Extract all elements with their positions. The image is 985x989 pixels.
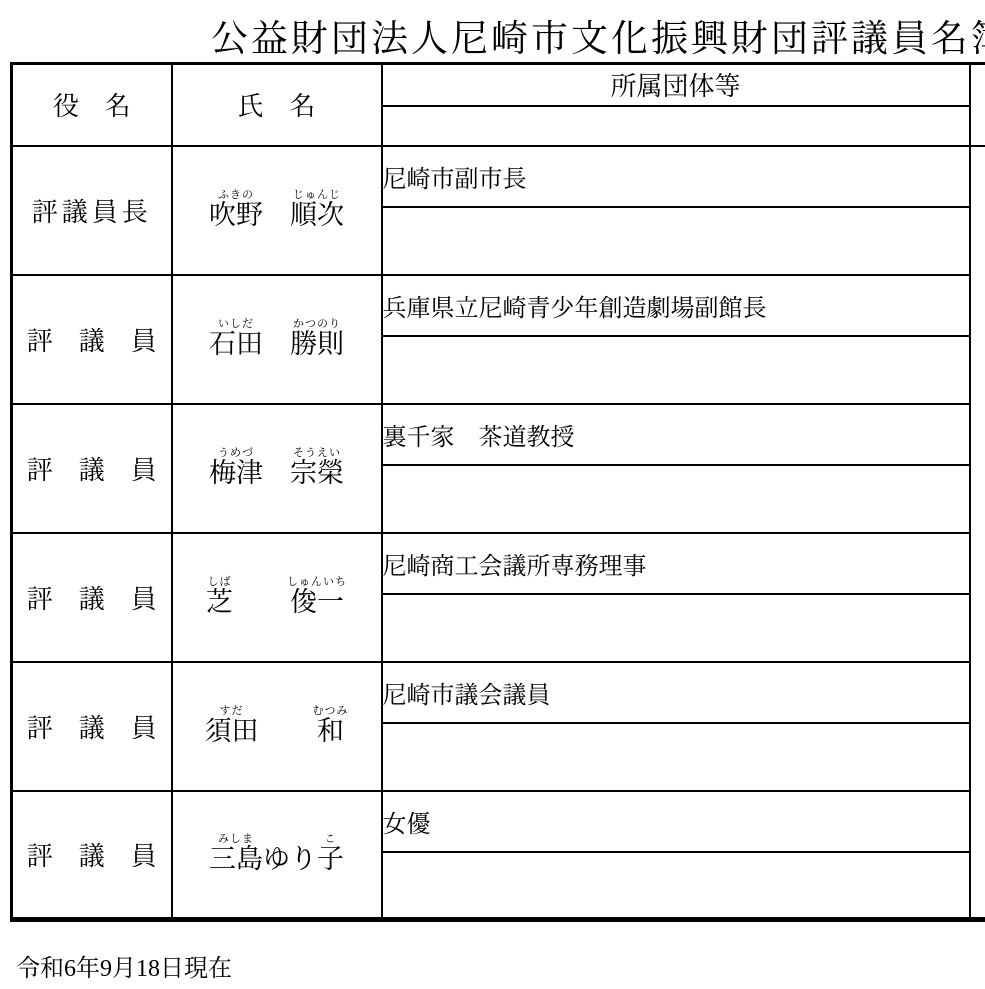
header-row: 役 名 氏 名 所属団体等 bbox=[12, 64, 985, 106]
member-affiliation: 女優 bbox=[382, 791, 970, 852]
name-part: 宗榮そうえい bbox=[290, 458, 344, 488]
member-affiliation: 裏千家 茶道教授 bbox=[382, 404, 970, 465]
name-part-text: 俊一 bbox=[287, 587, 347, 617]
name-part-text bbox=[263, 458, 290, 488]
member-affiliation-empty-cell bbox=[382, 207, 970, 275]
name-part-furigana: うめづ bbox=[209, 447, 263, 459]
name-part: 吹野ふきの bbox=[209, 200, 263, 230]
name-part-text: 宗榮 bbox=[290, 458, 344, 488]
member-row: 評 議 員芝しば 俊一しゅんいち尼崎商工会議所専務理事 bbox=[12, 533, 985, 594]
name-part-furigana: しゅんいち bbox=[287, 576, 347, 588]
name-part: 石田いしだ bbox=[209, 329, 263, 359]
name-part-furigana: いしだ bbox=[209, 318, 263, 330]
name-part-furigana: じゅんじ bbox=[290, 189, 344, 201]
name-part-text: 和 bbox=[313, 716, 349, 746]
name-part-text: 子 bbox=[317, 844, 344, 874]
name-part-text: 順次 bbox=[290, 200, 344, 230]
header-affiliation: 所属団体等 bbox=[382, 64, 970, 106]
header-margin-cell bbox=[970, 64, 985, 146]
name-part-text: 梅津 bbox=[209, 458, 263, 488]
name-part-furigana: すだ bbox=[205, 705, 259, 717]
name-part: 勝則かつのり bbox=[290, 329, 344, 359]
name-part-text: ゆり bbox=[263, 844, 317, 874]
name-part bbox=[233, 587, 287, 617]
name-part: 芝しば bbox=[206, 587, 233, 617]
roster-body: 評議員長吹野ふきの 順次じゅんじ尼崎市副市長評 議 員石田いしだ 勝則かつのり兵… bbox=[12, 146, 985, 920]
member-affiliation-empty-cell bbox=[382, 465, 970, 533]
member-role: 評 議 員 bbox=[12, 275, 172, 404]
member-affiliation-empty-cell bbox=[382, 852, 970, 920]
name-part: 梅津うめづ bbox=[209, 458, 263, 488]
member-name: 芝しば 俊一しゅんいち bbox=[172, 533, 382, 662]
member-row: 評 議 員石田いしだ 勝則かつのり兵庫県立尼崎青少年創造劇場副館長 bbox=[12, 275, 985, 336]
name-part bbox=[263, 200, 290, 230]
name-part-furigana: かつのり bbox=[290, 318, 344, 330]
member-affiliation: 尼崎市副市長 bbox=[382, 146, 970, 207]
member-affiliation-empty-cell bbox=[382, 336, 970, 404]
name-part bbox=[263, 458, 290, 488]
name-part: 順次じゅんじ bbox=[290, 200, 344, 230]
member-role: 評 議 員 bbox=[12, 533, 172, 662]
member-role: 評議員長 bbox=[12, 146, 172, 275]
as-of-date: 令和6年9月18日現在 bbox=[16, 948, 232, 983]
name-part: 俊一しゅんいち bbox=[287, 587, 347, 617]
member-row: 評 議 員梅津うめづ 宗榮そうえい裏千家 茶道教授 bbox=[12, 404, 985, 465]
header-role: 役 名 bbox=[12, 64, 172, 146]
name-part-text: 芝 bbox=[206, 587, 233, 617]
name-part: 須田すだ bbox=[205, 716, 259, 746]
member-affiliation-empty-cell bbox=[382, 723, 970, 791]
header-name: 氏 名 bbox=[172, 64, 382, 146]
document-page: 公益財団法人尼崎市文化振興財団評議員名簿 役 名 氏 名 所属団体等 評議員長吹… bbox=[0, 0, 985, 989]
member-name: 石田いしだ 勝則かつのり bbox=[172, 275, 382, 404]
member-role: 評 議 員 bbox=[12, 791, 172, 920]
name-part bbox=[263, 329, 290, 359]
member-role: 評 議 員 bbox=[12, 662, 172, 791]
name-part bbox=[259, 716, 313, 746]
name-part-furigana: そうえい bbox=[290, 447, 344, 459]
page-title: 公益財団法人尼崎市文化振興財団評議員名簿 bbox=[211, 8, 985, 62]
member-row: 評 議 員三島みしまゆり子こ女優 bbox=[12, 791, 985, 852]
member-affiliation: 尼崎商工会議所専務理事 bbox=[382, 533, 970, 594]
council-roster-table: 役 名 氏 名 所属団体等 評議員長吹野ふきの 順次じゅんじ尼崎市副市長評 議 … bbox=[10, 62, 985, 922]
member-affiliation-empty-cell bbox=[382, 594, 970, 662]
name-part-text: 勝則 bbox=[290, 329, 344, 359]
name-part-furigana: しば bbox=[206, 576, 233, 588]
member-name: 吹野ふきの 順次じゅんじ bbox=[172, 146, 382, 275]
member-role: 評 議 員 bbox=[12, 404, 172, 533]
name-part-text: 三島 bbox=[209, 844, 263, 874]
name-part: 和むつみ bbox=[313, 716, 349, 746]
name-part-text: 吹野 bbox=[209, 200, 263, 230]
name-part-text bbox=[233, 587, 287, 617]
name-part-furigana: みしま bbox=[209, 833, 263, 845]
name-part-furigana: むつみ bbox=[313, 705, 349, 717]
name-part: 三島みしま bbox=[209, 844, 263, 874]
member-name: 梅津うめづ 宗榮そうえい bbox=[172, 404, 382, 533]
name-part-text bbox=[263, 329, 290, 359]
member-affiliation: 尼崎市議会議員 bbox=[382, 662, 970, 723]
body-margin-cell bbox=[970, 146, 985, 920]
roster-header: 役 名 氏 名 所属団体等 bbox=[12, 64, 985, 146]
name-part-text: 須田 bbox=[205, 716, 259, 746]
member-row: 評 議 員須田すだ 和むつみ尼崎市議会議員 bbox=[12, 662, 985, 723]
header-affiliation-empty-cell bbox=[382, 106, 970, 146]
member-row: 評議員長吹野ふきの 順次じゅんじ尼崎市副市長 bbox=[12, 146, 985, 207]
name-part-text bbox=[259, 716, 313, 746]
name-part-text: 石田 bbox=[209, 329, 263, 359]
name-part: ゆり bbox=[263, 844, 317, 874]
name-part-text bbox=[263, 200, 290, 230]
name-part-furigana: ふきの bbox=[209, 189, 263, 201]
member-affiliation: 兵庫県立尼崎青少年創造劇場副館長 bbox=[382, 275, 970, 336]
name-part-furigana: こ bbox=[317, 833, 344, 845]
name-part: 子こ bbox=[317, 844, 344, 874]
member-name: 須田すだ 和むつみ bbox=[172, 662, 382, 791]
member-name: 三島みしまゆり子こ bbox=[172, 791, 382, 920]
